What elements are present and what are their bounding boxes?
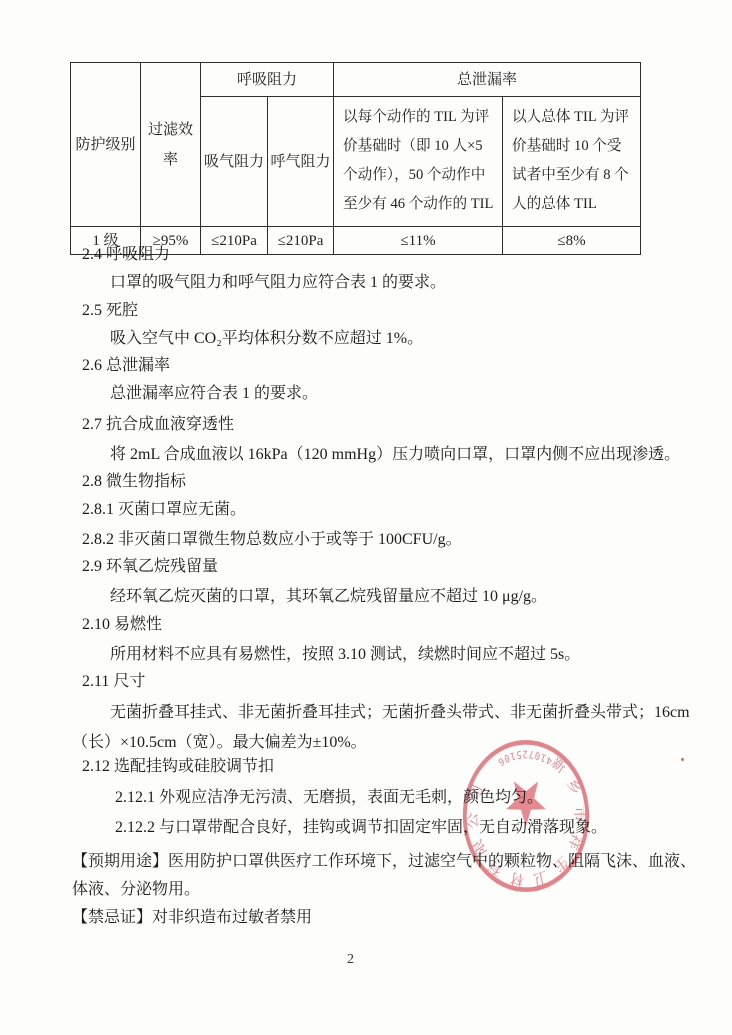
intended-use-line-1: 【预期用途】医用防护口罩供医疗工作环境下，过滤空气中的颗粒物、阻隔飞沫、血液、 xyxy=(72,852,696,872)
spec-table: 防护级别 过滤效率 呼吸阻力 总泄漏率 吸气阻力 呼气阻力 以每个动作的 TIL… xyxy=(70,62,641,255)
section-heading-2-11: 2.11 尺寸 xyxy=(72,672,145,692)
section-body-2-11-l1: 无菌折叠耳挂式、非无菌折叠耳挂式；无菌折叠头带式、非无菌折叠头带式；16cm xyxy=(72,703,690,723)
section-body-2-6: 总泄漏率应符合表 1 的要求。 xyxy=(72,384,318,404)
cell-til-action: ≤11% xyxy=(334,227,503,255)
section-body-2-12-2: 2.12.2 与口罩带配合良好，挂钩或调节扣固定牢固，无自动滑落现象。 xyxy=(72,818,607,838)
col-header-til-per-action: 以每个动作的 TIL 为评价基础时（即 10 人×5 个动作），50 个动作中至… xyxy=(334,97,503,227)
cell-exhale: ≤210Pa xyxy=(268,227,334,255)
section-body-2-8-1: 2.8.1 灭菌口罩应无菌。 xyxy=(72,500,246,520)
section-heading-2-5: 2.5 死腔 xyxy=(72,301,138,321)
contraindication-line: 【禁忌证】对非织造布过敏者禁用 xyxy=(72,908,312,928)
section-body-2-12-1: 2.12.1 外观应洁净无污渍、无磨损，表面无毛刺，颜色均匀。 xyxy=(72,788,543,808)
col-header-protection-level: 防护级别 xyxy=(71,63,141,227)
section-body-2-8-2: 2.8.2 非灭菌口罩微生物总数应小于或等于 100CFU/g。 xyxy=(72,530,462,550)
section-heading-2-12: 2.12 选配挂钩或硅胶调节扣 xyxy=(72,757,274,777)
col-header-exhale-resistance: 呼气阻力 xyxy=(268,97,334,227)
col-header-filtration-efficiency: 过滤效率 xyxy=(141,63,201,227)
col-header-inhale-resistance: 吸气阻力 xyxy=(201,97,268,227)
document-page: 防护级别 过滤效率 呼吸阻力 总泄漏率 吸气阻力 呼气阻力 以每个动作的 TIL… xyxy=(0,0,732,1035)
section-body-2-5: 吸入空气中 CO₂平均体积分数不应超过 1%。 xyxy=(72,329,423,349)
intended-use-line-2: 体液、分泌物用。 xyxy=(72,880,200,900)
col-group-total-leakage: 总泄漏率 xyxy=(334,63,641,97)
section-body-2-9: 经环氧乙烷灭菌的口罩，其环氧乙烷残留量应不超过 10 μg/g。 xyxy=(72,587,547,607)
section-heading-2-8: 2.8 微生物指标 xyxy=(72,472,186,492)
section-body-2-7: 将 2mL 合成血液以 16kPa（120 mmHg）压力喷向口罩，口罩内侧不应… xyxy=(72,445,680,465)
ink-speck xyxy=(681,758,684,761)
section-heading-2-6: 2.6 总泄漏率 xyxy=(72,356,170,376)
col-group-breathing-resistance: 呼吸阻力 xyxy=(201,63,334,97)
cell-inhale: ≤210Pa xyxy=(201,227,268,255)
section-heading-2-9: 2.9 环氧乙烷残留量 xyxy=(72,557,218,577)
section-body-2-4: 口罩的吸气阻力和呼气阻力应符合表 1 的要求。 xyxy=(72,273,446,293)
company-seal-stamp: 新乡市祥生卫材有限公司 4107251067364 xyxy=(457,733,595,899)
section-heading-2-7: 2.7 抗合成血液穿透性 xyxy=(72,415,234,435)
cell-til-overall: ≤8% xyxy=(503,227,641,255)
section-heading-2-4: 2.4 呼吸阻力 xyxy=(72,245,170,265)
section-body-2-11-l2: （长）×10.5cm（宽）。最大偏差为±10%。 xyxy=(72,733,367,753)
section-body-2-10: 所用材料不应具有易燃性，按照 3.10 测试，续燃时间应不超过 5s。 xyxy=(72,645,580,665)
col-header-til-overall: 以人总体 TIL 为评价基础时 10 个受试者中至少有 8 个人的总体 TIL xyxy=(503,97,641,227)
page-number: 2 xyxy=(347,952,354,968)
section-heading-2-10: 2.10 易燃性 xyxy=(72,615,162,635)
